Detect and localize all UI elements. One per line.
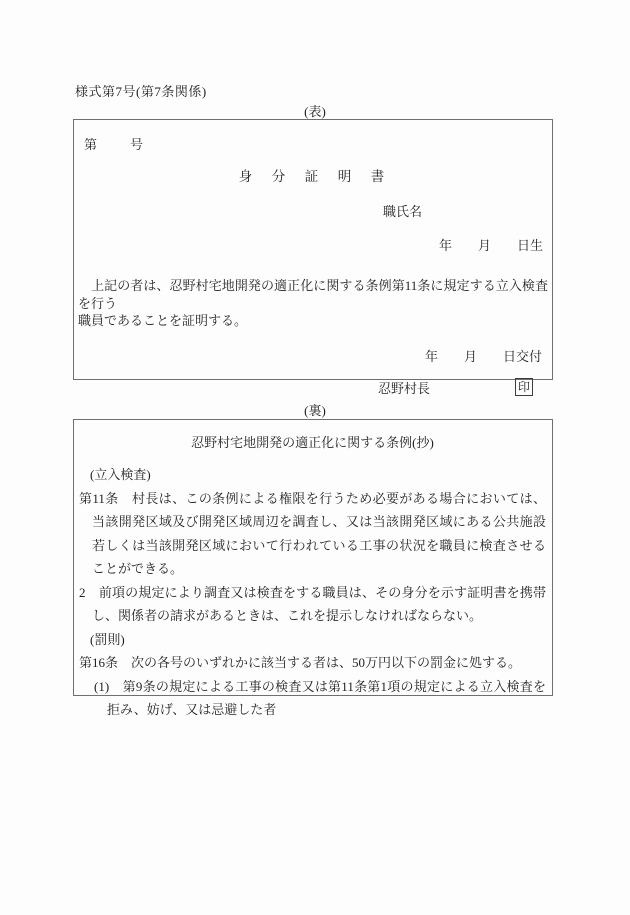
certification-line-2: 職員であることを証明する。 bbox=[78, 312, 548, 330]
id-card-back-box: 忍野村宅地開発の適正化に関する条例(抄) (立入検査) 第11条 村長は、この条… bbox=[73, 419, 553, 696]
document-number-row: 第 号 bbox=[84, 134, 552, 153]
front-side-label: (表) bbox=[0, 101, 630, 120]
issue-date-line: 年 月 日交付 bbox=[74, 346, 552, 365]
clause-article-11-paragraph-2: 2 前項の規定により調査又は検査をする職員は、その身分を示す証明書を携帯し、関係… bbox=[79, 581, 546, 628]
back-side-label: (裏) bbox=[0, 400, 630, 419]
name-label: 職氏名 bbox=[74, 201, 552, 220]
clause-article-11: 第11条 村長は、この条例による権限を行うため必要がある場合においては、当該開発… bbox=[79, 487, 546, 581]
clause-article-16-item-1: (1) 第9条の規定による工事の検査又は第11条第1項の規定による立入検査を拒み… bbox=[79, 675, 546, 722]
birthdate-line: 年 月 日生 bbox=[74, 235, 552, 254]
certification-line-1: 上記の者は、忍野村宅地開発の適正化に関する条例第11条に規定する立入検査を行う bbox=[78, 277, 548, 312]
issuer-row: 忍野村長 印 bbox=[74, 378, 552, 397]
clause-heading-inspection: (立入検査) bbox=[79, 463, 546, 487]
clause-article-16: 第16条 次の各号のいずれかに該当する者は、50万円以下の罰金に処する。 bbox=[79, 651, 546, 675]
ordinance-title: 忍野村宅地開発の適正化に関する条例(抄) bbox=[79, 431, 546, 454]
document-number-prefix: 第 bbox=[84, 134, 97, 153]
clause-heading-penalty: (罰則) bbox=[79, 628, 546, 652]
form-number-label: 様式第7号(第7条関係) bbox=[75, 81, 207, 100]
issuer-label: 忍野村長 bbox=[378, 378, 430, 397]
certification-paragraph: 上記の者は、忍野村宅地開発の適正化に関する条例第11条に規定する立入検査を行う … bbox=[74, 277, 552, 330]
seal-placeholder: 印 bbox=[515, 378, 533, 396]
document-number-suffix: 号 bbox=[130, 134, 143, 153]
id-card-title: 身 分 証 明 書 bbox=[74, 165, 552, 185]
id-card-front-box: 第 号 身 分 証 明 書 職氏名 年 月 日生 上記の者は、忍野村宅地開発の適… bbox=[73, 119, 553, 380]
document-page: 様式第7号(第7条関係) (表) 第 号 身 分 証 明 書 職氏名 年 月 日… bbox=[0, 0, 630, 915]
